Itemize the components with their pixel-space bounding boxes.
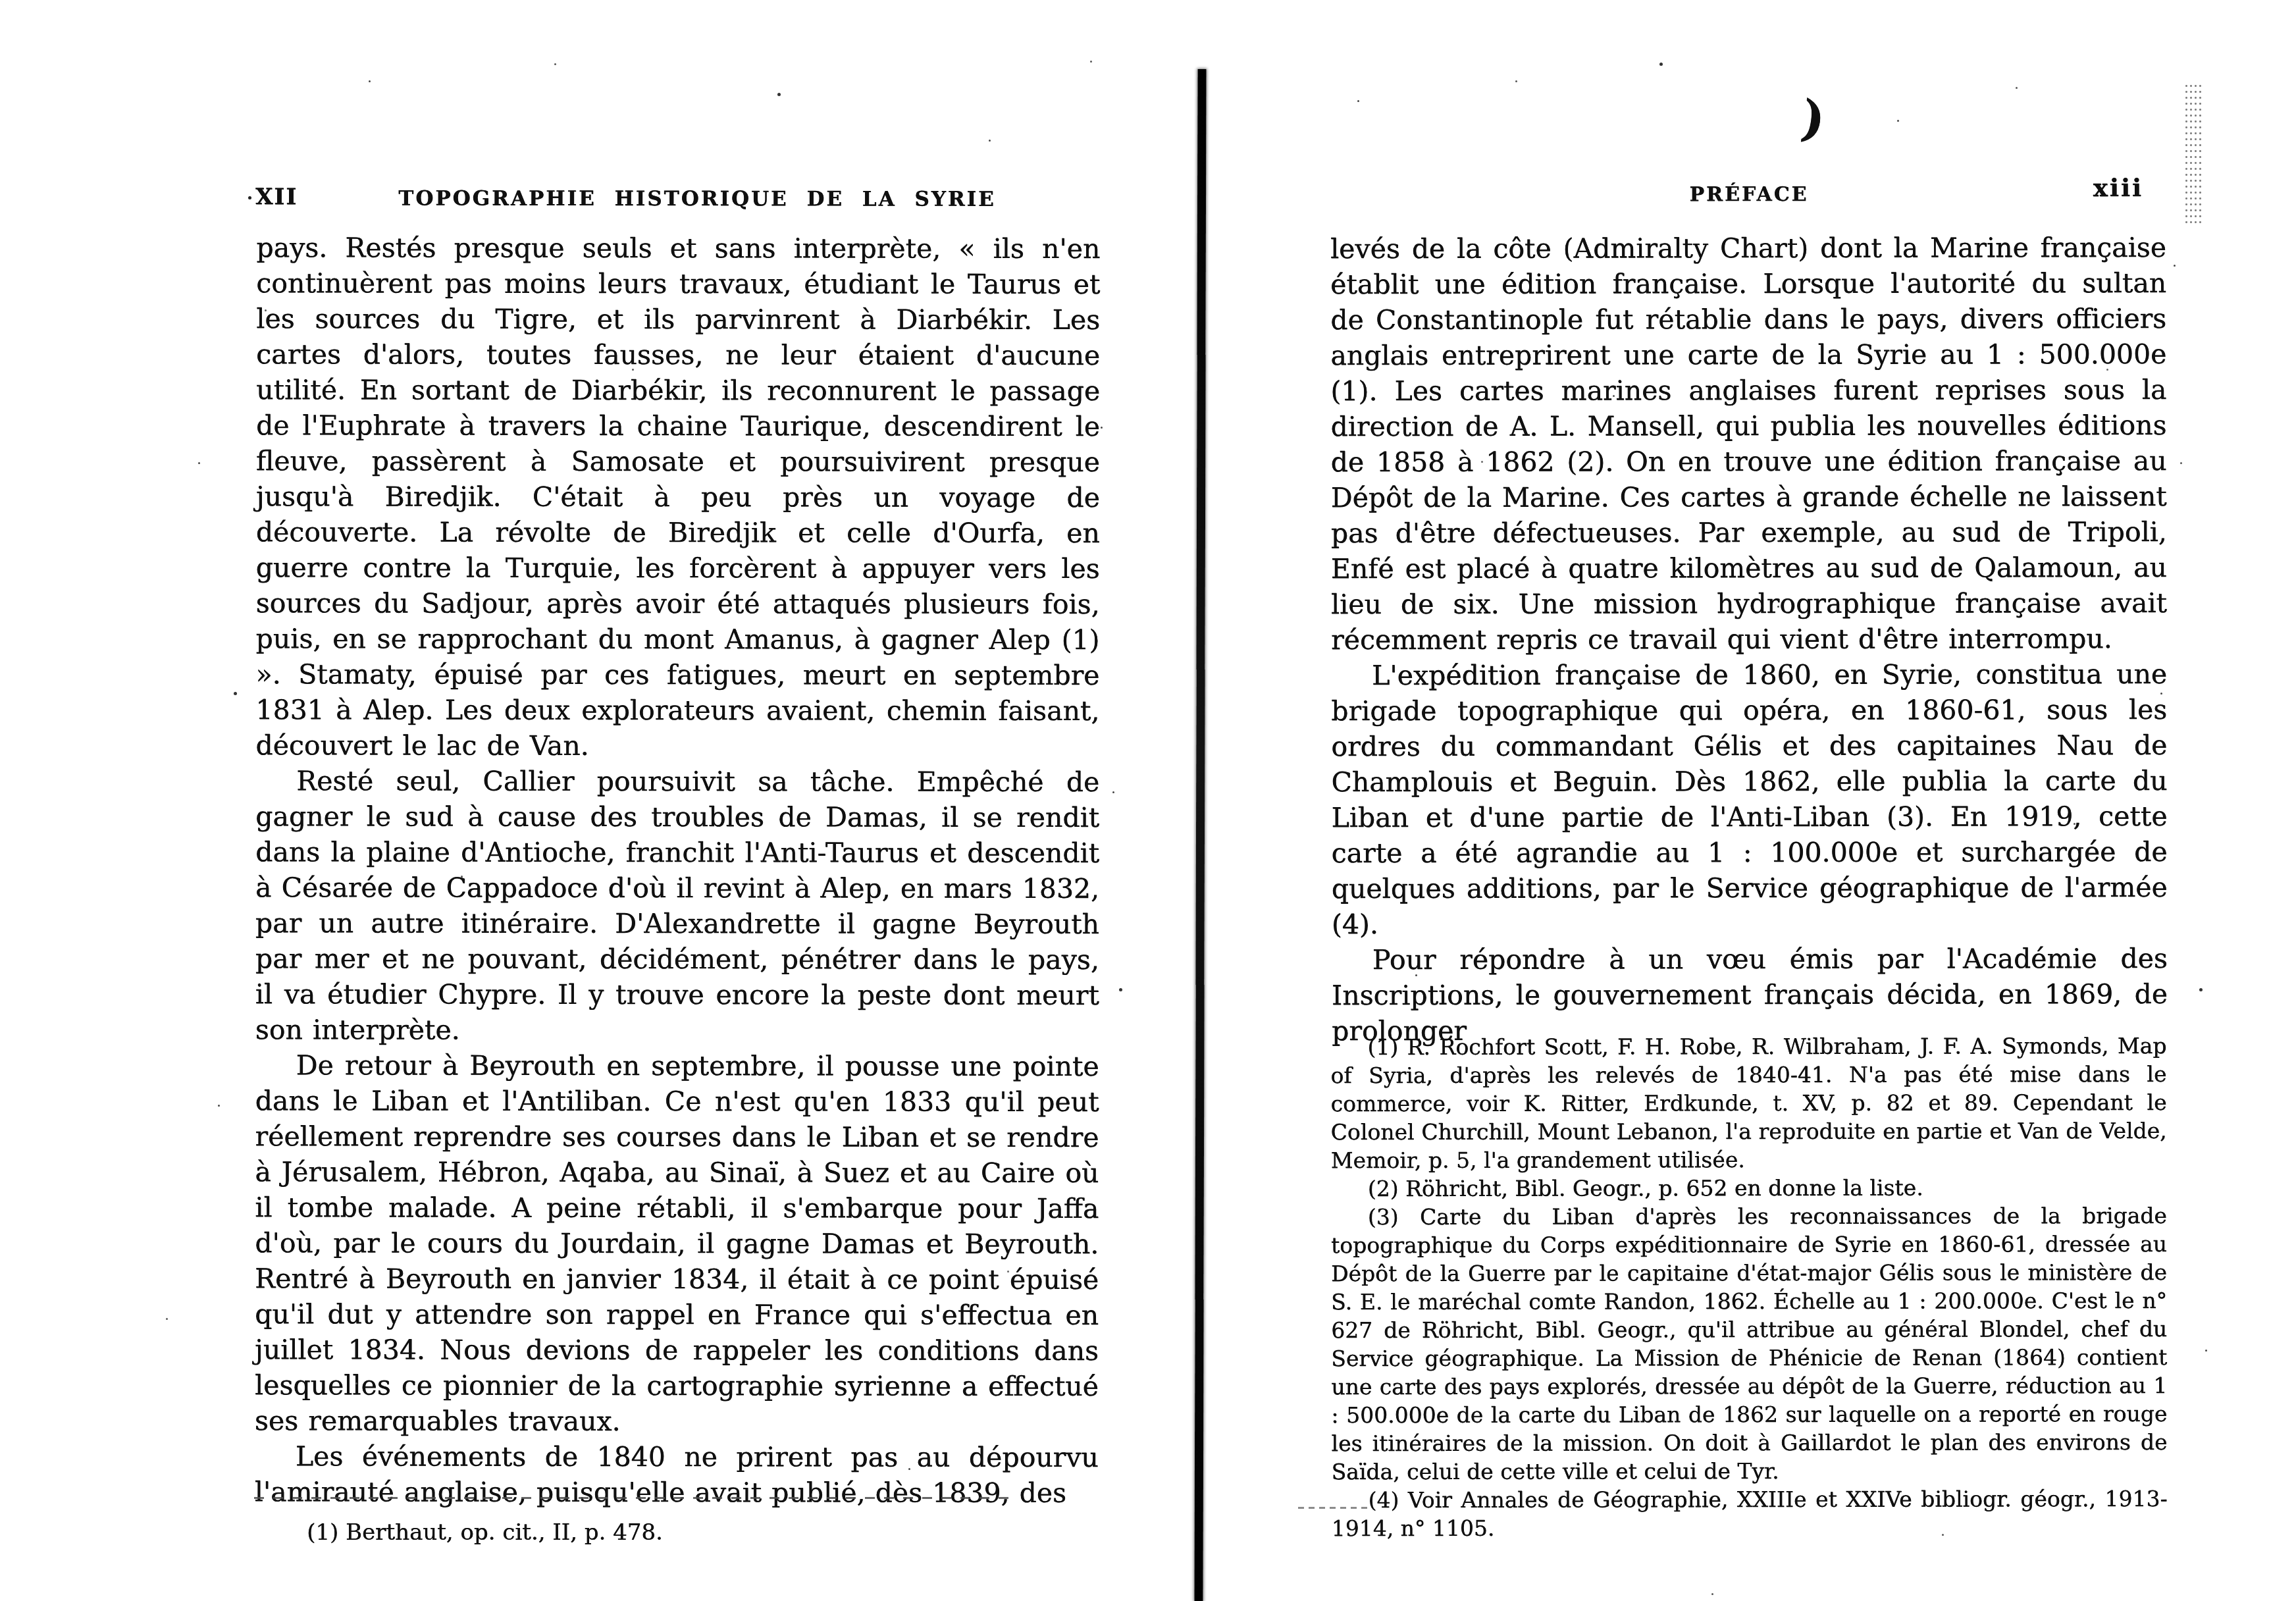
left-page-header: XII TOPOGRAPHIE HISTORIQUE DE LA SYRIE [255, 178, 1099, 213]
left-page-number: XII [255, 184, 298, 210]
page-gutter-shadow [1195, 69, 1207, 1601]
left-running-title: TOPOGRAPHIE HISTORIQUE DE LA SYRIE [295, 186, 1099, 211]
footnote: (2) Röhricht, Bibl. Geogr., p. 652 en do… [1331, 1173, 2167, 1203]
paragraph: Les événements de 1840 ne prirent pas au… [255, 1438, 1099, 1511]
right-running-title: PRÉFACE [1331, 182, 2167, 207]
paragraph: pays. Restés presque seuls et sans inter… [255, 230, 1100, 764]
left-footnote: (1) Berthaut, op. cit., II, p. 478. [255, 1518, 1099, 1547]
left-page-body: pays. Restés presque seuls et sans inter… [255, 230, 1101, 1511]
paragraph: levés de la côte (Admiralty Chart) dont … [1330, 230, 2167, 658]
right-page-number: xiii [2093, 173, 2143, 202]
margin-dash-artifact [1298, 1507, 1372, 1509]
scan-edge-noise [2184, 83, 2201, 224]
right-page-header: PRÉFACE xiii [1331, 172, 2167, 207]
footnote-separator-line [254, 1497, 1011, 1499]
footnote: (4) Voir Annales de Géographie, XXIIIe e… [1332, 1484, 2168, 1542]
scan-noise-dots [0, 0, 2, 2]
footnote: (3) Carte du Liban d'après les reconnais… [1331, 1201, 2168, 1486]
paragraph: De retour à Beyrouth en septembre, il po… [255, 1047, 1099, 1440]
scan-artifact-paren-mark: ) [1798, 90, 1829, 149]
paragraph: L'expédition française de 1860, en Syrie… [1331, 656, 2168, 942]
footnote: (1) R. Rochfort Scott, F. H. Robe, R. Wi… [1330, 1032, 2166, 1174]
paragraph: Resté seul, Callier poursuivit sa tâche.… [255, 763, 1100, 1049]
right-page-body: levés de la côte (Admiralty Chart) dont … [1330, 230, 2168, 1049]
right-page-footnotes: (1) R. Rochfort Scott, F. H. Robe, R. Wi… [1330, 1032, 2167, 1542]
